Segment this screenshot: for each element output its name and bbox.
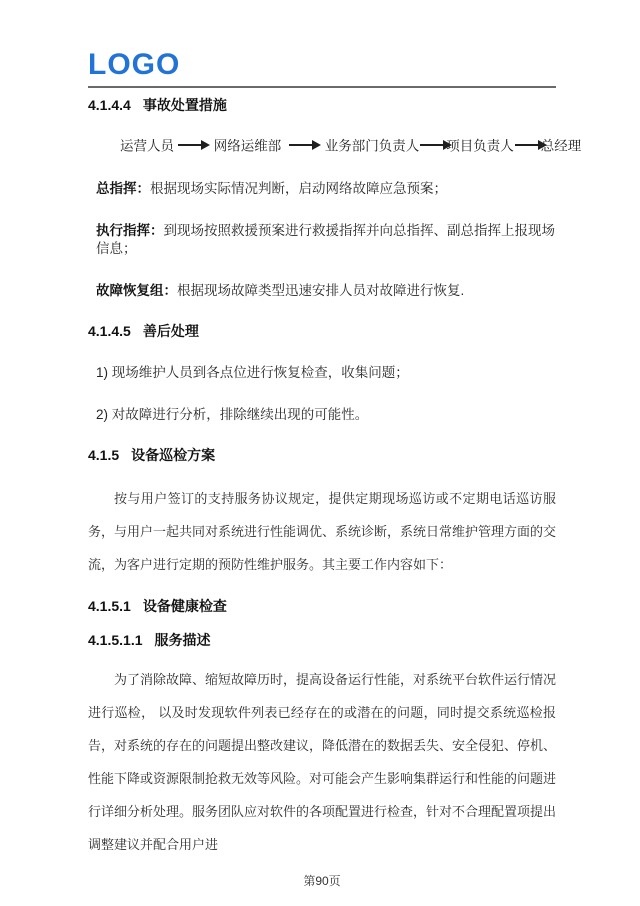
header-divider: [88, 86, 556, 88]
escalation-flow: 运营人员 网络运维部 业务部门负责人项目负责人总经理: [120, 136, 556, 156]
flow-arrow-icon: [420, 144, 444, 146]
page-number: 第90页: [88, 873, 556, 889]
heading-number: 4.1.5: [88, 447, 119, 463]
heading-number: 4.1.4.5: [88, 323, 131, 339]
role-label: 总指挥：: [96, 181, 150, 196]
heading-aftermath: 4.1.4.5善后处理: [88, 322, 556, 340]
heading-number: 4.1.4.4: [88, 97, 131, 113]
role-line-commander: 总指挥：根据现场实际情况判断，启动网络故障应急预案；: [96, 180, 556, 198]
heading-title: 服务描述: [155, 632, 211, 648]
heading-incident-measures: 4.1.4.4事故处置措施: [88, 96, 556, 114]
paragraph-service-description: 为了消除故障、缩短故障历时，提高设备运行性能，对系统平台软件运行情况进行巡检， …: [88, 663, 556, 861]
flow-arrow-icon: [515, 144, 539, 146]
role-line-exec-commander: 执行指挥：到现场按照救援预案进行救援指挥并向总指挥、副总指挥上报现场信息；: [96, 222, 556, 258]
flow-item-project-lead: 项目负责人: [446, 138, 514, 153]
list-item: 1) 现场维护人员到各点位进行恢复检查，收集问题；: [96, 364, 556, 382]
heading-title: 善后处理: [143, 323, 199, 339]
flow-item-general-manager: 总经理: [541, 138, 582, 153]
paragraph-inspection-intro: 按与用户签订的支持服务协议规定，提供定期现场巡访或不定期电话巡访服务，与用户一起…: [88, 482, 556, 581]
heading-title: 事故处置措施: [143, 97, 227, 113]
role-label: 执行指挥：: [96, 223, 164, 238]
heading-number: 4.1.5.1.1: [88, 632, 143, 648]
company-logo: LOGO: [88, 50, 556, 80]
heading-inspection-plan: 4.1.5设备巡检方案: [88, 446, 556, 464]
role-text: 根据现场实际情况判断，启动网络故障应急预案；: [150, 181, 447, 196]
heading-title: 设备健康检查: [143, 598, 227, 614]
heading-number: 4.1.5.1: [88, 598, 131, 614]
heading-health-check: 4.1.5.1设备健康检查: [88, 597, 556, 615]
flow-item-business-lead: 业务部门负责人: [325, 138, 420, 153]
flow-item-network-ops: 网络运维部: [214, 138, 282, 153]
document-page: LOGO 4.1.4.4事故处置措施 运营人员 网络运维部 业务部门负责人项目负…: [0, 0, 640, 906]
role-text: 根据现场故障类型迅速安排人员对故障进行恢复.: [177, 283, 464, 298]
list-item: 2) 对故障进行分析，排除继续出现的可能性。: [96, 406, 556, 424]
role-label: 故障恢复组：: [96, 283, 177, 298]
role-line-recovery-team: 故障恢复组：根据现场故障类型迅速安排人员对故障进行恢复.: [96, 282, 556, 300]
role-text: 到现场按照救援预案进行救援指挥并向总指挥、副总指挥上报现场信息；: [96, 223, 555, 256]
heading-title: 设备巡检方案: [131, 447, 215, 463]
heading-service-description: 4.1.5.1.1服务描述: [88, 631, 556, 649]
flow-arrow-icon: [178, 144, 202, 146]
flow-item-operator: 运营人员: [120, 138, 174, 153]
flow-arrow-icon: [289, 144, 313, 146]
